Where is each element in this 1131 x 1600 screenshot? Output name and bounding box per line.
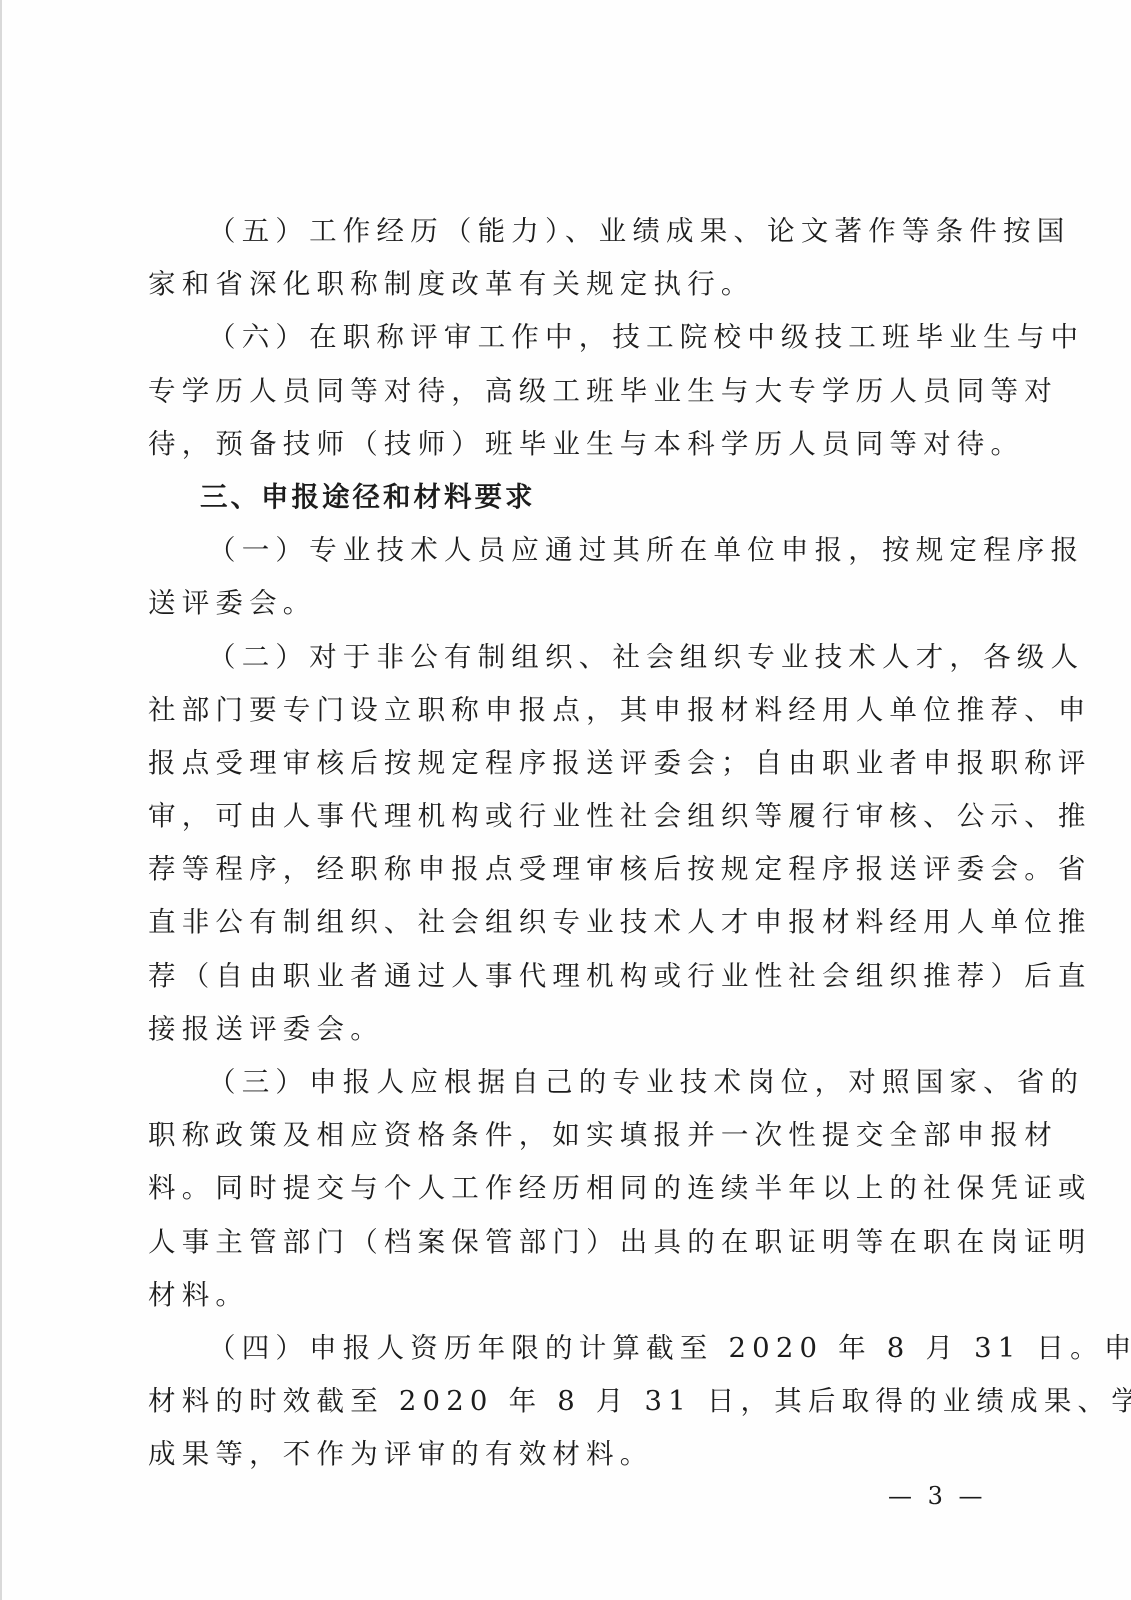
text-line: 审，可由人事代理机构或行业性社会组织等履行审核、公示、推: [148, 790, 978, 843]
text-line: 荐等程序，经职称申报点受理审核后按规定程序报送评委会。省: [148, 843, 978, 896]
text-line: 社部门要专门设立职称申报点，其申报材料经用人单位推荐、申: [148, 684, 978, 737]
text-line: 直非公有制组织、社会组织专业技术人才申报材料经用人单位推: [148, 896, 978, 949]
text-line: 人事主管部门（档案保管部门）出具的在职证明等在职在岗证明: [148, 1216, 978, 1269]
text-line: （六）在职称评审工作中，技工院校中级技工班毕业生与中: [148, 311, 978, 364]
text-line: （一）专业技术人员应通过其所在单位申报，按规定程序报: [148, 524, 978, 577]
text-line: 送评委会。: [148, 577, 978, 630]
text-line: 荐（自由职业者通过人事代理机构或行业性社会组织推荐）后直: [148, 950, 978, 1003]
text-line: 成果等，不作为评审的有效材料。: [148, 1428, 978, 1481]
text-line: （二）对于非公有制组织、社会组织专业技术人才，各级人: [148, 631, 978, 684]
text-line: 待，预备技师（技师）班毕业生与本科学历人员同等对待。: [148, 418, 978, 471]
page-number: — 3 —: [888, 1482, 987, 1510]
paragraph-item-6: （六）在职称评审工作中，技工院校中级技工班毕业生与中 专学历人员同等对待，高级工…: [148, 311, 978, 471]
document-page: （五）工作经历（能力）、业绩成果、论文著作等条件按国 家和省深化职称制度改革有关…: [0, 0, 1131, 1600]
text-line: （四）申报人资历年限的计算截至 2020 年 8 月 31 日。申报: [148, 1322, 978, 1375]
paragraph-section-3-item-3: （三）申报人应根据自己的专业技术岗位，对照国家、省的 职称政策及相应资格条件，如…: [148, 1056, 978, 1322]
paragraph-section-3-item-1: （一）专业技术人员应通过其所在单位申报，按规定程序报 送评委会。: [148, 524, 978, 630]
paragraph-item-5: （五）工作经历（能力）、业绩成果、论文著作等条件按国 家和省深化职称制度改革有关…: [148, 205, 978, 311]
text-line: 料。同时提交与个人工作经历相同的连续半年以上的社保凭证或: [148, 1162, 978, 1215]
section-heading: 三、申报途径和材料要求: [148, 471, 978, 524]
text-line: 材料。: [148, 1269, 978, 1322]
paragraph-section-3-item-2: （二）对于非公有制组织、社会组织专业技术人才，各级人 社部门要专门设立职称申报点…: [148, 631, 978, 1057]
scan-edge: [0, 0, 2, 1600]
paragraph-section-3-item-4: （四）申报人资历年限的计算截至 2020 年 8 月 31 日。申报 材料的时效…: [148, 1322, 978, 1482]
text-line: 材料的时效截至 2020 年 8 月 31 日，其后取得的业绩成果、学术: [148, 1375, 978, 1428]
section-3-title: 三、申报途径和材料要求: [148, 471, 978, 524]
text-line: 报点受理审核后按规定程序报送评委会；自由职业者申报职称评: [148, 737, 978, 790]
text-line: （五）工作经历（能力）、业绩成果、论文著作等条件按国: [148, 205, 978, 258]
text-line: 家和省深化职称制度改革有关规定执行。: [148, 258, 978, 311]
text-line: （三）申报人应根据自己的专业技术岗位，对照国家、省的: [148, 1056, 978, 1109]
text-line: 职称政策及相应资格条件，如实填报并一次性提交全部申报材: [148, 1109, 978, 1162]
document-body: （五）工作经历（能力）、业绩成果、论文著作等条件按国 家和省深化职称制度改革有关…: [148, 205, 978, 1482]
text-line: 专学历人员同等对待，高级工班毕业生与大专学历人员同等对: [148, 365, 978, 418]
text-line: 接报送评委会。: [148, 1003, 978, 1056]
